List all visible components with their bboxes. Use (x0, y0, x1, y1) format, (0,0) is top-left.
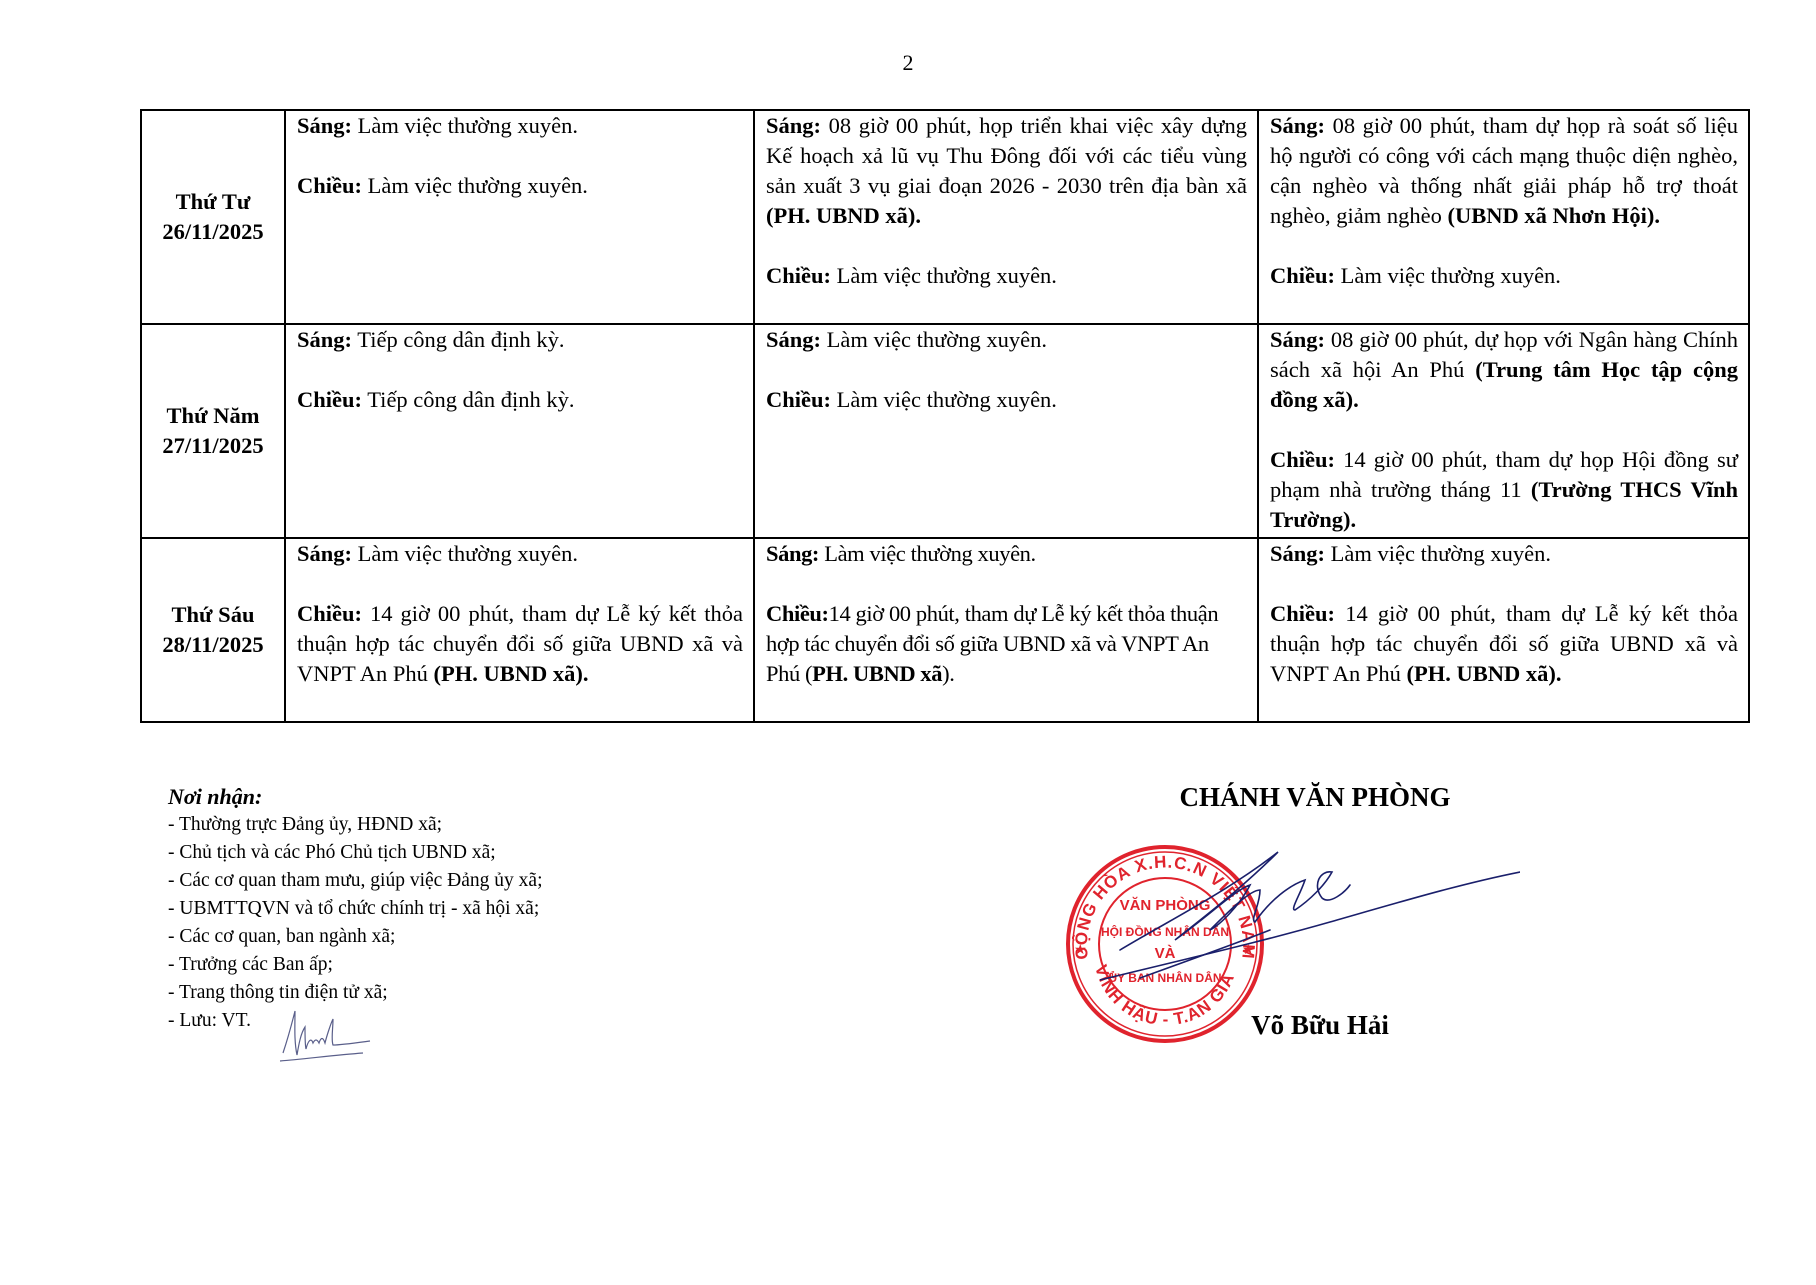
afternoon-label: Chiều: (766, 263, 831, 288)
morning-place: (UBND xã Nhơn Hội). (1447, 203, 1659, 228)
day-cell: Thứ Tư 26/11/2025 (141, 110, 285, 324)
morning-text: 08 giờ 00 phút, họp triển khai việc xây … (766, 113, 1247, 198)
morning-label: Sáng: (766, 113, 821, 138)
afternoon-label: Chiều: (766, 387, 831, 412)
afternoon-tail: ). (942, 661, 954, 686)
recipient-item: - Trang thông tin điện tử xã; (168, 979, 543, 1007)
afternoon-label: Chiều: (1270, 601, 1335, 626)
afternoon-place: PH. UBND xã (812, 661, 942, 686)
afternoon-label: Chiều: (297, 601, 362, 626)
table-row: Thứ Tư 26/11/2025 Sáng: Làm việc thường … (141, 110, 1749, 324)
recipient-item: - Trưởng các Ban ấp; (168, 951, 543, 979)
schedule-cell: Sáng: Làm việc thường xuyên. Chiều: 14 g… (285, 538, 754, 722)
recipient-item: - Các cơ quan, ban ngành xã; (168, 923, 543, 951)
schedule-cell: Sáng: Làm việc thường xuyên. Chiều:14 gi… (754, 538, 1258, 722)
work-schedule-table: Thứ Tư 26/11/2025 Sáng: Làm việc thường … (140, 109, 1750, 723)
recipient-item: - Các cơ quan tham mưu, giúp việc Đảng ủ… (168, 867, 543, 895)
initials-signature-icon (275, 1005, 375, 1065)
signature-block: CHÁNH VĂN PHÒNG (1100, 782, 1530, 813)
morning-text: Làm việc thường xuyên. (352, 113, 578, 138)
schedule-cell: Sáng: 08 giờ 00 phút, dự họp với Ngân hà… (1258, 324, 1749, 538)
morning-label: Sáng: (766, 327, 821, 352)
afternoon-text: Làm việc thường xuyên. (831, 263, 1057, 288)
afternoon-text: Làm việc thường xuyên. (362, 173, 588, 198)
signer-name: Võ Bữu Hải (1200, 1010, 1440, 1041)
day-name: Thứ Tư (142, 187, 284, 217)
table-row: Thứ Sáu 28/11/2025 Sáng: Làm việc thường… (141, 538, 1749, 722)
morning-place: (PH. UBND xã). (766, 203, 921, 228)
recipient-item: - Chủ tịch và các Phó Chủ tịch UBND xã; (168, 839, 543, 867)
handwritten-signature-icon (1100, 830, 1520, 1010)
day-date: 27/11/2025 (142, 431, 284, 461)
schedule-cell: Sáng: Làm việc thường xuyên. Chiều: Làm … (285, 110, 754, 324)
afternoon-label: Chiều: (766, 601, 829, 626)
morning-text: Làm việc thường xuyên. (1325, 541, 1551, 566)
svg-text:★: ★ (1074, 942, 1087, 958)
afternoon-place: (PH. UBND xã). (1407, 661, 1562, 686)
afternoon-text: Làm việc thường xuyên. (831, 387, 1057, 412)
signer-role: CHÁNH VĂN PHÒNG (1179, 782, 1450, 812)
morning-label: Sáng: (766, 541, 819, 566)
day-cell: Thứ Sáu 28/11/2025 (141, 538, 285, 722)
morning-text: Làm việc thường xuyên. (819, 541, 1036, 566)
morning-label: Sáng: (297, 113, 352, 138)
schedule-cell: Sáng: Làm việc thường xuyên. Chiều: Làm … (754, 324, 1258, 538)
afternoon-label: Chiều: (1270, 447, 1335, 472)
afternoon-label: Chiều: (1270, 263, 1335, 288)
morning-label: Sáng: (297, 541, 352, 566)
day-name: Thứ Sáu (142, 600, 284, 630)
morning-label: Sáng: (297, 327, 352, 352)
schedule-cell: Sáng: Tiếp công dân định kỳ. Chiều: Tiếp… (285, 324, 754, 538)
morning-label: Sáng: (1270, 327, 1325, 352)
morning-text: Làm việc thường xuyên. (821, 327, 1047, 352)
morning-label: Sáng: (1270, 113, 1325, 138)
recipient-item: - UBMTTQVN và tổ chức chính trị - xã hội… (168, 895, 543, 923)
recipients-title: Nơi nhận: (168, 783, 543, 811)
afternoon-text: Tiếp công dân định kỳ. (362, 387, 575, 412)
morning-label: Sáng: (1270, 541, 1325, 566)
day-date: 26/11/2025 (142, 217, 284, 247)
table-row: Thứ Năm 27/11/2025 Sáng: Tiếp công dân đ… (141, 324, 1749, 538)
afternoon-place: (PH. UBND xã). (434, 661, 589, 686)
morning-text: Làm việc thường xuyên. (352, 541, 578, 566)
page-number: 2 (0, 50, 1816, 76)
day-date: 28/11/2025 (142, 630, 284, 660)
morning-text: Tiếp công dân định kỳ. (352, 327, 565, 352)
day-name: Thứ Năm (142, 401, 284, 431)
recipient-item: - Thường trực Đảng ủy, HĐND xã; (168, 811, 543, 839)
afternoon-label: Chiều: (297, 387, 362, 412)
schedule-cell: Sáng: 08 giờ 00 phút, tham dự họp rà soá… (1258, 110, 1749, 324)
afternoon-label: Chiều: (297, 173, 362, 198)
schedule-cell: Sáng: Làm việc thường xuyên. Chiều: 14 g… (1258, 538, 1749, 722)
recipients-block: Nơi nhận: - Thường trực Đảng ủy, HĐND xã… (168, 783, 543, 1035)
afternoon-text: Làm việc thường xuyên. (1335, 263, 1561, 288)
schedule-cell: Sáng: 08 giờ 00 phút, họp triển khai việ… (754, 110, 1258, 324)
day-cell: Thứ Năm 27/11/2025 (141, 324, 285, 538)
